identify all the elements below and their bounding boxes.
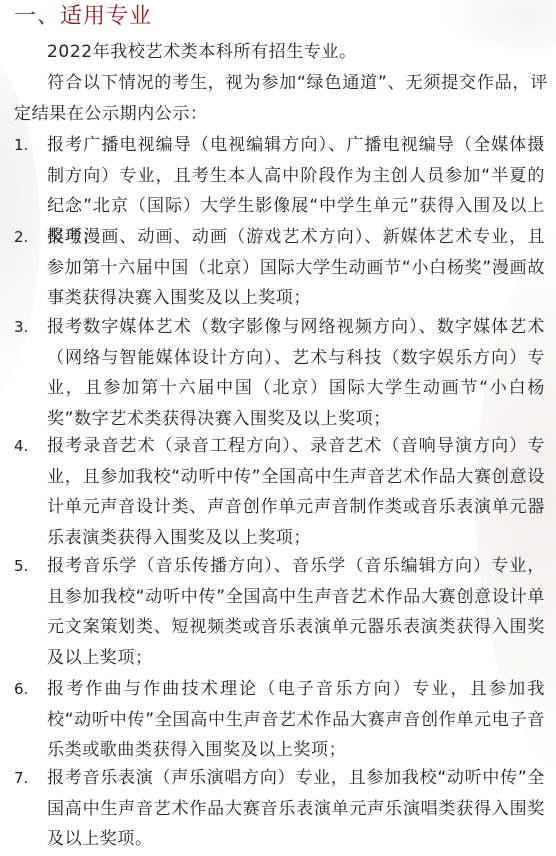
list-item-number: 3. xyxy=(14,312,28,343)
list-item-number: 6. xyxy=(14,674,28,705)
list-item-number: 1. xyxy=(14,130,28,161)
list-item-text: 报考音乐学（音乐传播方向）、音乐学（音乐编辑方向）专业，且参加我校“动听中传”全… xyxy=(47,551,545,674)
intro-paragraph-2-text: 符合以下情况的考生，视为参加“绿色通道”、无须提交作品，评定结果在公示期内公示： xyxy=(14,73,548,124)
section-heading: 一、适用专业 xyxy=(14,2,152,32)
list-item-text: 报考录音艺术（录音工程方向）、录音艺术（音响导演方向）专业，且参加我校“动听中传… xyxy=(47,431,545,554)
intro-paragraph-2: 符合以下情况的考生，视为参加“绿色通道”、无须提交作品，评定结果在公示期内公示： xyxy=(14,68,548,129)
intro-paragraph-1: 2022年我校艺术类本科所有招生专业。 xyxy=(14,37,548,68)
list-item-number: 2. xyxy=(14,222,28,253)
list-item-text: 报考漫画、动画、动画（游戏艺术方向）、新媒体艺术专业，且参加第十六届中国（北京）… xyxy=(47,222,545,314)
list-item-number: 4. xyxy=(14,431,28,462)
intro-paragraph-1-text: 2022年我校艺术类本科所有招生专业。 xyxy=(47,42,357,62)
list-item-number: 7. xyxy=(14,763,28,794)
list-item-text: 报考音乐表演（声乐演唱方向）专业，且参加我校“动听中传”全国高中生声音艺术作品大… xyxy=(47,763,545,855)
list-item-number: 5. xyxy=(14,551,28,582)
list-item-text: 报考作曲与作曲技术理论（电子音乐方向）专业，且参加我校“动听中传”全国高中生声音… xyxy=(47,674,545,766)
list-item-text: 报考数字媒体艺术（数字影像与网络视频方向）、数字媒体艺术（网络与智能媒体设计方向… xyxy=(47,312,545,435)
